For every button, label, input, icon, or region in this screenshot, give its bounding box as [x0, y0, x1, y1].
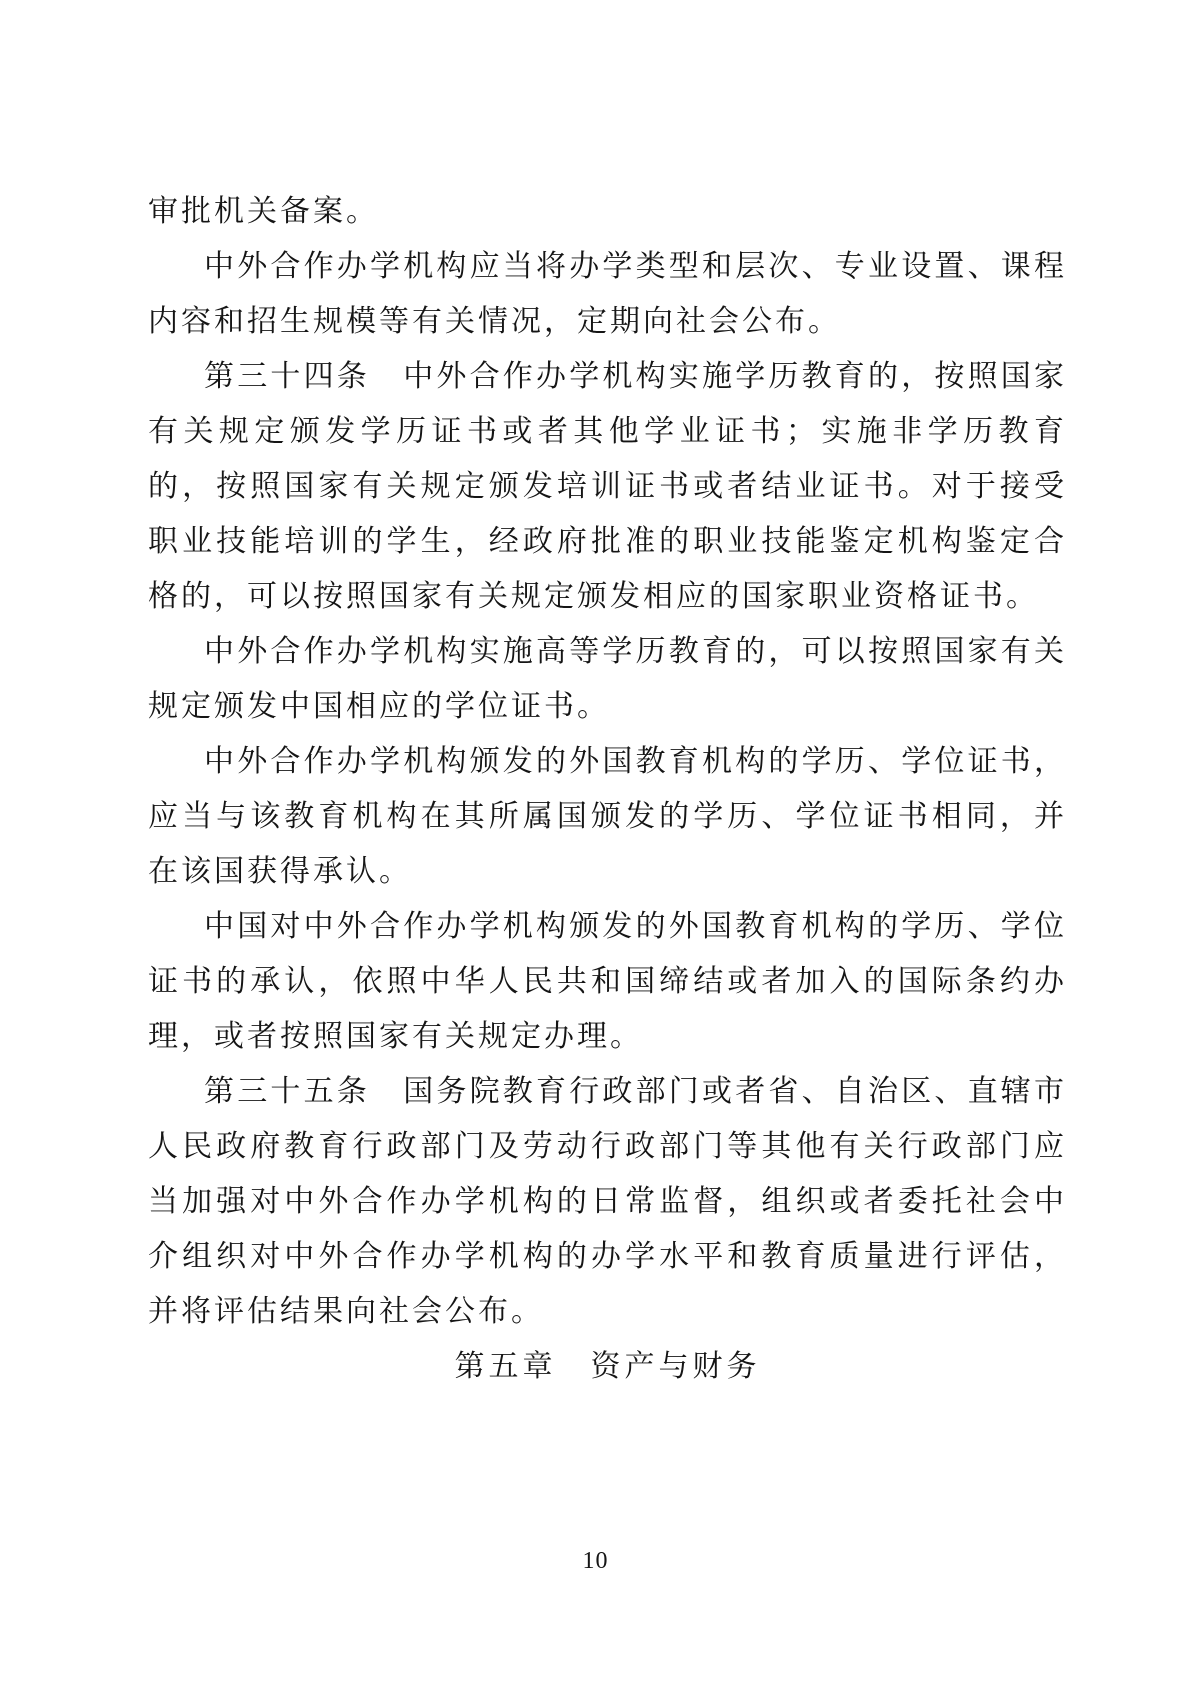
document-page: 审批机关备案。 中外合作办学机构应当将办学类型和层次、专业设置、课程内容和招生规… [0, 0, 1191, 1684]
paragraph-article-35: 第三十五条 国务院教育行政部门或者省、自治区、直辖市人民政府教育行政部门及劳动行… [148, 1064, 1067, 1339]
document-body: 审批机关备案。 中外合作办学机构应当将办学类型和层次、专业设置、课程内容和招生规… [148, 184, 1067, 1394]
page-number: 10 [0, 1546, 1191, 1576]
paragraph-foreign-certificates: 中外合作办学机构颁发的外国教育机构的学历、学位证书，应当与该教育机构在其所属国颁… [148, 734, 1067, 899]
paragraph-continuation: 审批机关备案。 [148, 184, 1067, 239]
paragraph-public-announcement: 中外合作办学机构应当将办学类型和层次、专业设置、课程内容和招生规模等有关情况，定… [148, 239, 1067, 349]
paragraph-article-34: 第三十四条 中外合作办学机构实施学历教育的，按照国家有关规定颁发学历证书或者其他… [148, 349, 1067, 624]
paragraph-certificate-recognition: 中国对中外合作办学机构颁发的外国教育机构的学历、学位证书的承认，依照中华人民共和… [148, 899, 1067, 1064]
paragraph-degree-certificates: 中外合作办学机构实施高等学历教育的，可以按照国家有关规定颁发中国相应的学位证书。 [148, 624, 1067, 734]
chapter-5-heading: 第五章 资产与财务 [148, 1339, 1067, 1394]
